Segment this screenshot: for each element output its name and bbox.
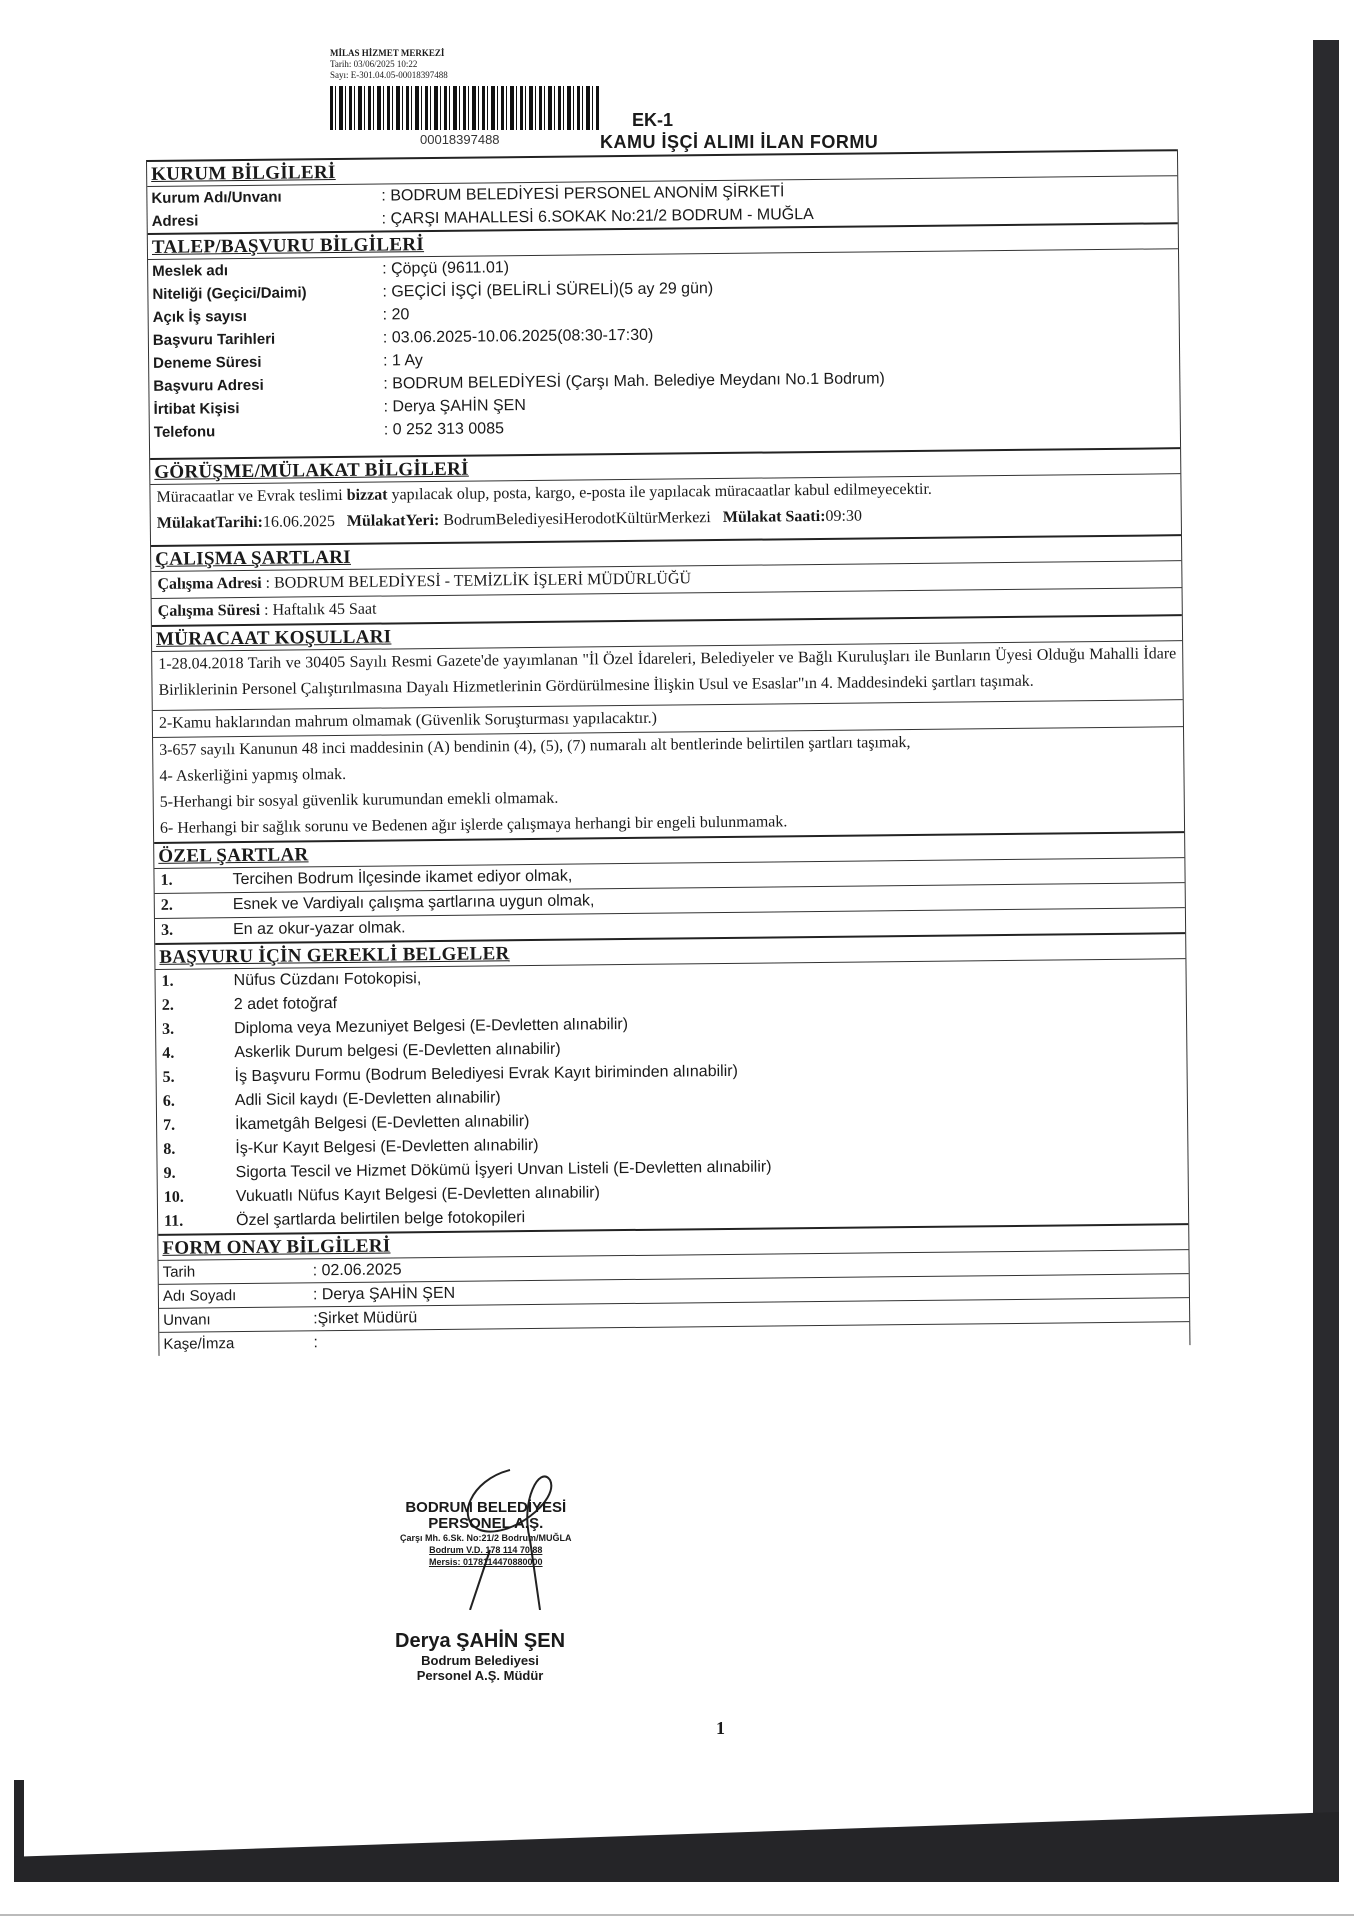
- seal-line: Bodrum V.D. 178 114 70 88: [400, 1544, 572, 1556]
- special-section: ÖZEL ŞARTLAR 1.Tercihen Bodrum İlçesinde…: [154, 831, 1185, 943]
- documents-section: BAŞVURU İÇİN GEREKLİ BELGELER 1.Nüfus Cü…: [155, 932, 1188, 1234]
- interview-date: 16.06.2025: [263, 513, 335, 531]
- scan-border-right: [1313, 40, 1339, 1850]
- institution-section: KURUM BİLGİLERİ Kurum Adı/Unvanı : BODRU…: [147, 149, 1178, 233]
- scan-edge-line: [0, 1914, 1354, 1916]
- barcode-number: 00018397488: [420, 132, 500, 147]
- registry-stamp: MİLAS HİZMET MERKEZİ Tarih: 03/06/2025 1…: [330, 48, 448, 81]
- signatory-block: Derya ŞAHİN ŞEN Bodrum Belediyesi Person…: [395, 1630, 565, 1683]
- item-label: Tarih: [163, 1259, 313, 1284]
- interview-time-label: Mülakat Saati:: [723, 508, 826, 526]
- item-label: Açık İş sayısı: [153, 304, 383, 329]
- field-value: : Haftalık 45 Saat: [260, 601, 377, 619]
- field-label: Adresi: [152, 208, 382, 233]
- interview-place-label: MülakatYeri:: [347, 512, 440, 530]
- field-label: Çalışma Süresi: [158, 602, 261, 620]
- annex-label: EK-1: [632, 110, 673, 131]
- interview-time: 09:30: [825, 508, 862, 525]
- item-label: 9.: [163, 1161, 235, 1186]
- seal-line: BODRUM BELEDİYESİ: [400, 1500, 572, 1516]
- signatory-org: Bodrum Belediyesi: [395, 1653, 565, 1668]
- item-label: Unvanı: [163, 1307, 313, 1332]
- item-label: 6.: [163, 1089, 235, 1114]
- field-label: Çalışma Adresi: [157, 575, 261, 593]
- document-items: 1.Nüfus Cüzdanı Fotokopisi,2.2 adet foto…: [155, 958, 1188, 1234]
- item-label: 3.: [161, 918, 233, 943]
- application-rows: Meslek adı: Çöpçü (9611.01)Niteliği (Geç…: [148, 248, 1180, 444]
- signatory-title: Personel A.Ş. Müdür: [395, 1668, 565, 1683]
- item-label: 2.: [162, 993, 234, 1018]
- special-items: 1.Tercihen Bodrum İlçesinde ikamet ediyo…: [154, 857, 1185, 943]
- field-label: Kurum Adı/Unvanı: [151, 185, 381, 210]
- item-label: 3.: [162, 1017, 234, 1042]
- seal-line: Mersis: 0178114470880000: [400, 1556, 572, 1568]
- scan-border-bottom: [14, 1812, 1339, 1882]
- approval-section: FORM ONAY BİLGİLERİ Tarih: 02.06.2025Adı…: [158, 1223, 1189, 1356]
- item-label: Telefonu: [154, 419, 384, 444]
- item-label: 11.: [164, 1209, 236, 1234]
- condition-item: 1-28.04.2018 Tarih ve 30405 Sayılı Resmi…: [152, 640, 1182, 704]
- announcement-form: KURUM BİLGİLERİ Kurum Adı/Unvanı : BODRU…: [146, 149, 1190, 1356]
- item-label: 8.: [163, 1137, 235, 1162]
- interview-section: GÖRÜŞME/MÜLAKAT BİLGİLERİ Müracaatlar ve…: [150, 447, 1181, 537]
- page-number: 1: [716, 1718, 725, 1739]
- form-title: KAMU İŞÇİ ALIMI İLAN FORMU: [600, 132, 878, 153]
- item-label: Deneme Süresi: [153, 350, 383, 375]
- seal-line: PERSONEL A.Ş.: [400, 1516, 572, 1532]
- signatory-name: Derya ŞAHİN ŞEN: [395, 1630, 565, 1653]
- note-text: yapılacak olup, posta, kargo, e-posta il…: [387, 481, 932, 504]
- stamp-number: Sayı: E-301.04.05-00018397488: [330, 70, 448, 81]
- seal-line: Çarşı Mh. 6.Sk. No:21/2 Bodrum/MUĞLA: [400, 1532, 572, 1544]
- conditions-section: MÜRACAAT KOŞULLARI 1-28.04.2018 Tarih ve…: [152, 614, 1184, 842]
- item-label: 4.: [162, 1041, 234, 1066]
- approval-rows: Tarih: 02.06.2025Adı Soyadı: Derya ŞAHİN…: [159, 1249, 1190, 1356]
- interview-place: BodrumBelediyesiHerodotKültürMerkezi: [439, 509, 711, 529]
- stamp-date: Tarih: 03/06/2025 10:22: [330, 59, 448, 70]
- note-emphasis: bizzat: [347, 486, 388, 503]
- item-label: Niteliği (Geçici/Daimi): [152, 281, 382, 306]
- item-label: Başvuru Adresi: [153, 373, 383, 398]
- interview-date-label: MülakatTarihi:: [157, 514, 263, 532]
- item-label: İrtibat Kişisi: [153, 396, 383, 421]
- field-value: : BODRUM BELEDİYESİ - TEMİZLİK İŞLERİ MÜ…: [262, 570, 692, 591]
- item-label: Kaşe/İmza: [163, 1331, 313, 1356]
- item-label: 10.: [164, 1185, 236, 1210]
- item-label: 2.: [161, 893, 233, 918]
- item-label: Başvuru Tarihleri: [153, 327, 383, 352]
- barcode-icon: [330, 86, 600, 130]
- application-section: TALEP/BAŞVURU BİLGİLERİ Meslek adı: Çöpç…: [148, 222, 1180, 444]
- work-section: ÇALIŞMA ŞARTLARI Çalışma Adresi : BODRUM…: [151, 534, 1182, 625]
- stamp-office: MİLAS HİZMET MERKEZİ: [330, 48, 448, 59]
- item-label: 1.: [161, 969, 233, 994]
- item-label: Meslek adı: [152, 258, 382, 283]
- note-text: Müracaatlar ve Evrak teslimi: [156, 487, 346, 506]
- item-label: 5.: [162, 1065, 234, 1090]
- item-label: 7.: [163, 1113, 235, 1138]
- item-label: 1.: [160, 868, 232, 893]
- company-seal: BODRUM BELEDİYESİ PERSONEL A.Ş. Çarşı Mh…: [400, 1500, 572, 1568]
- item-label: Adı Soyadı: [163, 1283, 313, 1308]
